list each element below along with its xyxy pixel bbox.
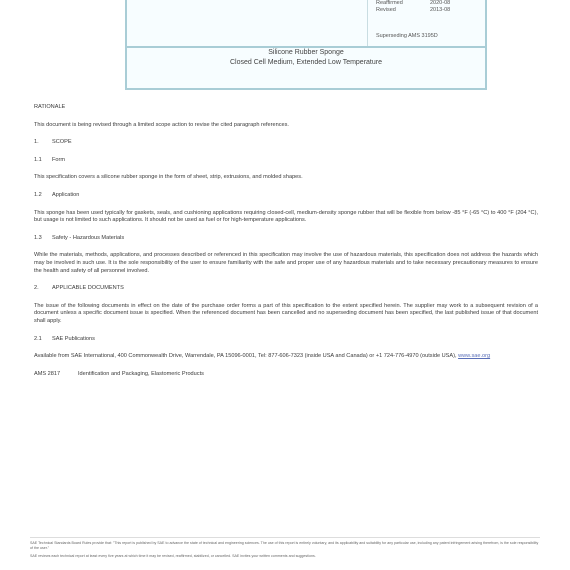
sae-website-link[interactable]: www.sae.org xyxy=(458,353,490,359)
revision-info: Reaffirmed 2020-08 Revised 2013-08 Super… xyxy=(367,0,488,46)
section-heading: 1.1Form xyxy=(34,157,538,165)
footer-line: SAE reviews each technical report at lea… xyxy=(30,554,540,559)
section-heading: 1.SCOPE xyxy=(34,139,538,147)
section-heading: 2.APPLICABLE DOCUMENTS xyxy=(34,285,538,293)
rationale-text: This document is being revised through a… xyxy=(34,122,538,130)
header-left-text: AEROSPACE MATERIAL SPECIFICATION xyxy=(135,0,231,2)
section-paragraph: While the materials, methods, applicatio… xyxy=(34,252,538,275)
spec-header-box: AEROSPACE MATERIAL SPECIFICATION Reaffir… xyxy=(125,0,487,90)
revision-row: Reaffirmed 2020-08 xyxy=(376,0,450,6)
revision-row: Revised 2013-08 xyxy=(376,7,450,13)
footer-line: SAE Technical Standards Board Rules prov… xyxy=(30,541,540,551)
reference-item: AMS 2817Identification and Packaging, El… xyxy=(34,371,538,379)
page-footer: SAE Technical Standards Board Rules prov… xyxy=(30,537,540,562)
section-heading: 1.2Application xyxy=(34,192,538,200)
document-body: RATIONALE This document is being revised… xyxy=(34,104,538,388)
rationale-heading: RATIONALE xyxy=(34,104,538,112)
supersedes-note: Superseding AMS 3195D xyxy=(376,33,438,39)
section-paragraph: This sponge has been used typically for … xyxy=(34,210,538,225)
section-paragraph: Available from SAE International, 400 Co… xyxy=(34,353,538,361)
section-paragraph: This specification covers a silicone rub… xyxy=(34,174,538,182)
header-top-section: AEROSPACE MATERIAL SPECIFICATION Reaffir… xyxy=(127,0,485,48)
section-heading: 2.1SAE Publications xyxy=(34,336,538,344)
document-title: Silicone Rubber Sponge Closed Cell Mediu… xyxy=(127,48,485,68)
section-paragraph: The issue of the following documents in … xyxy=(34,303,538,326)
section-heading: 1.3Safety - Hazardous Materials xyxy=(34,235,538,243)
